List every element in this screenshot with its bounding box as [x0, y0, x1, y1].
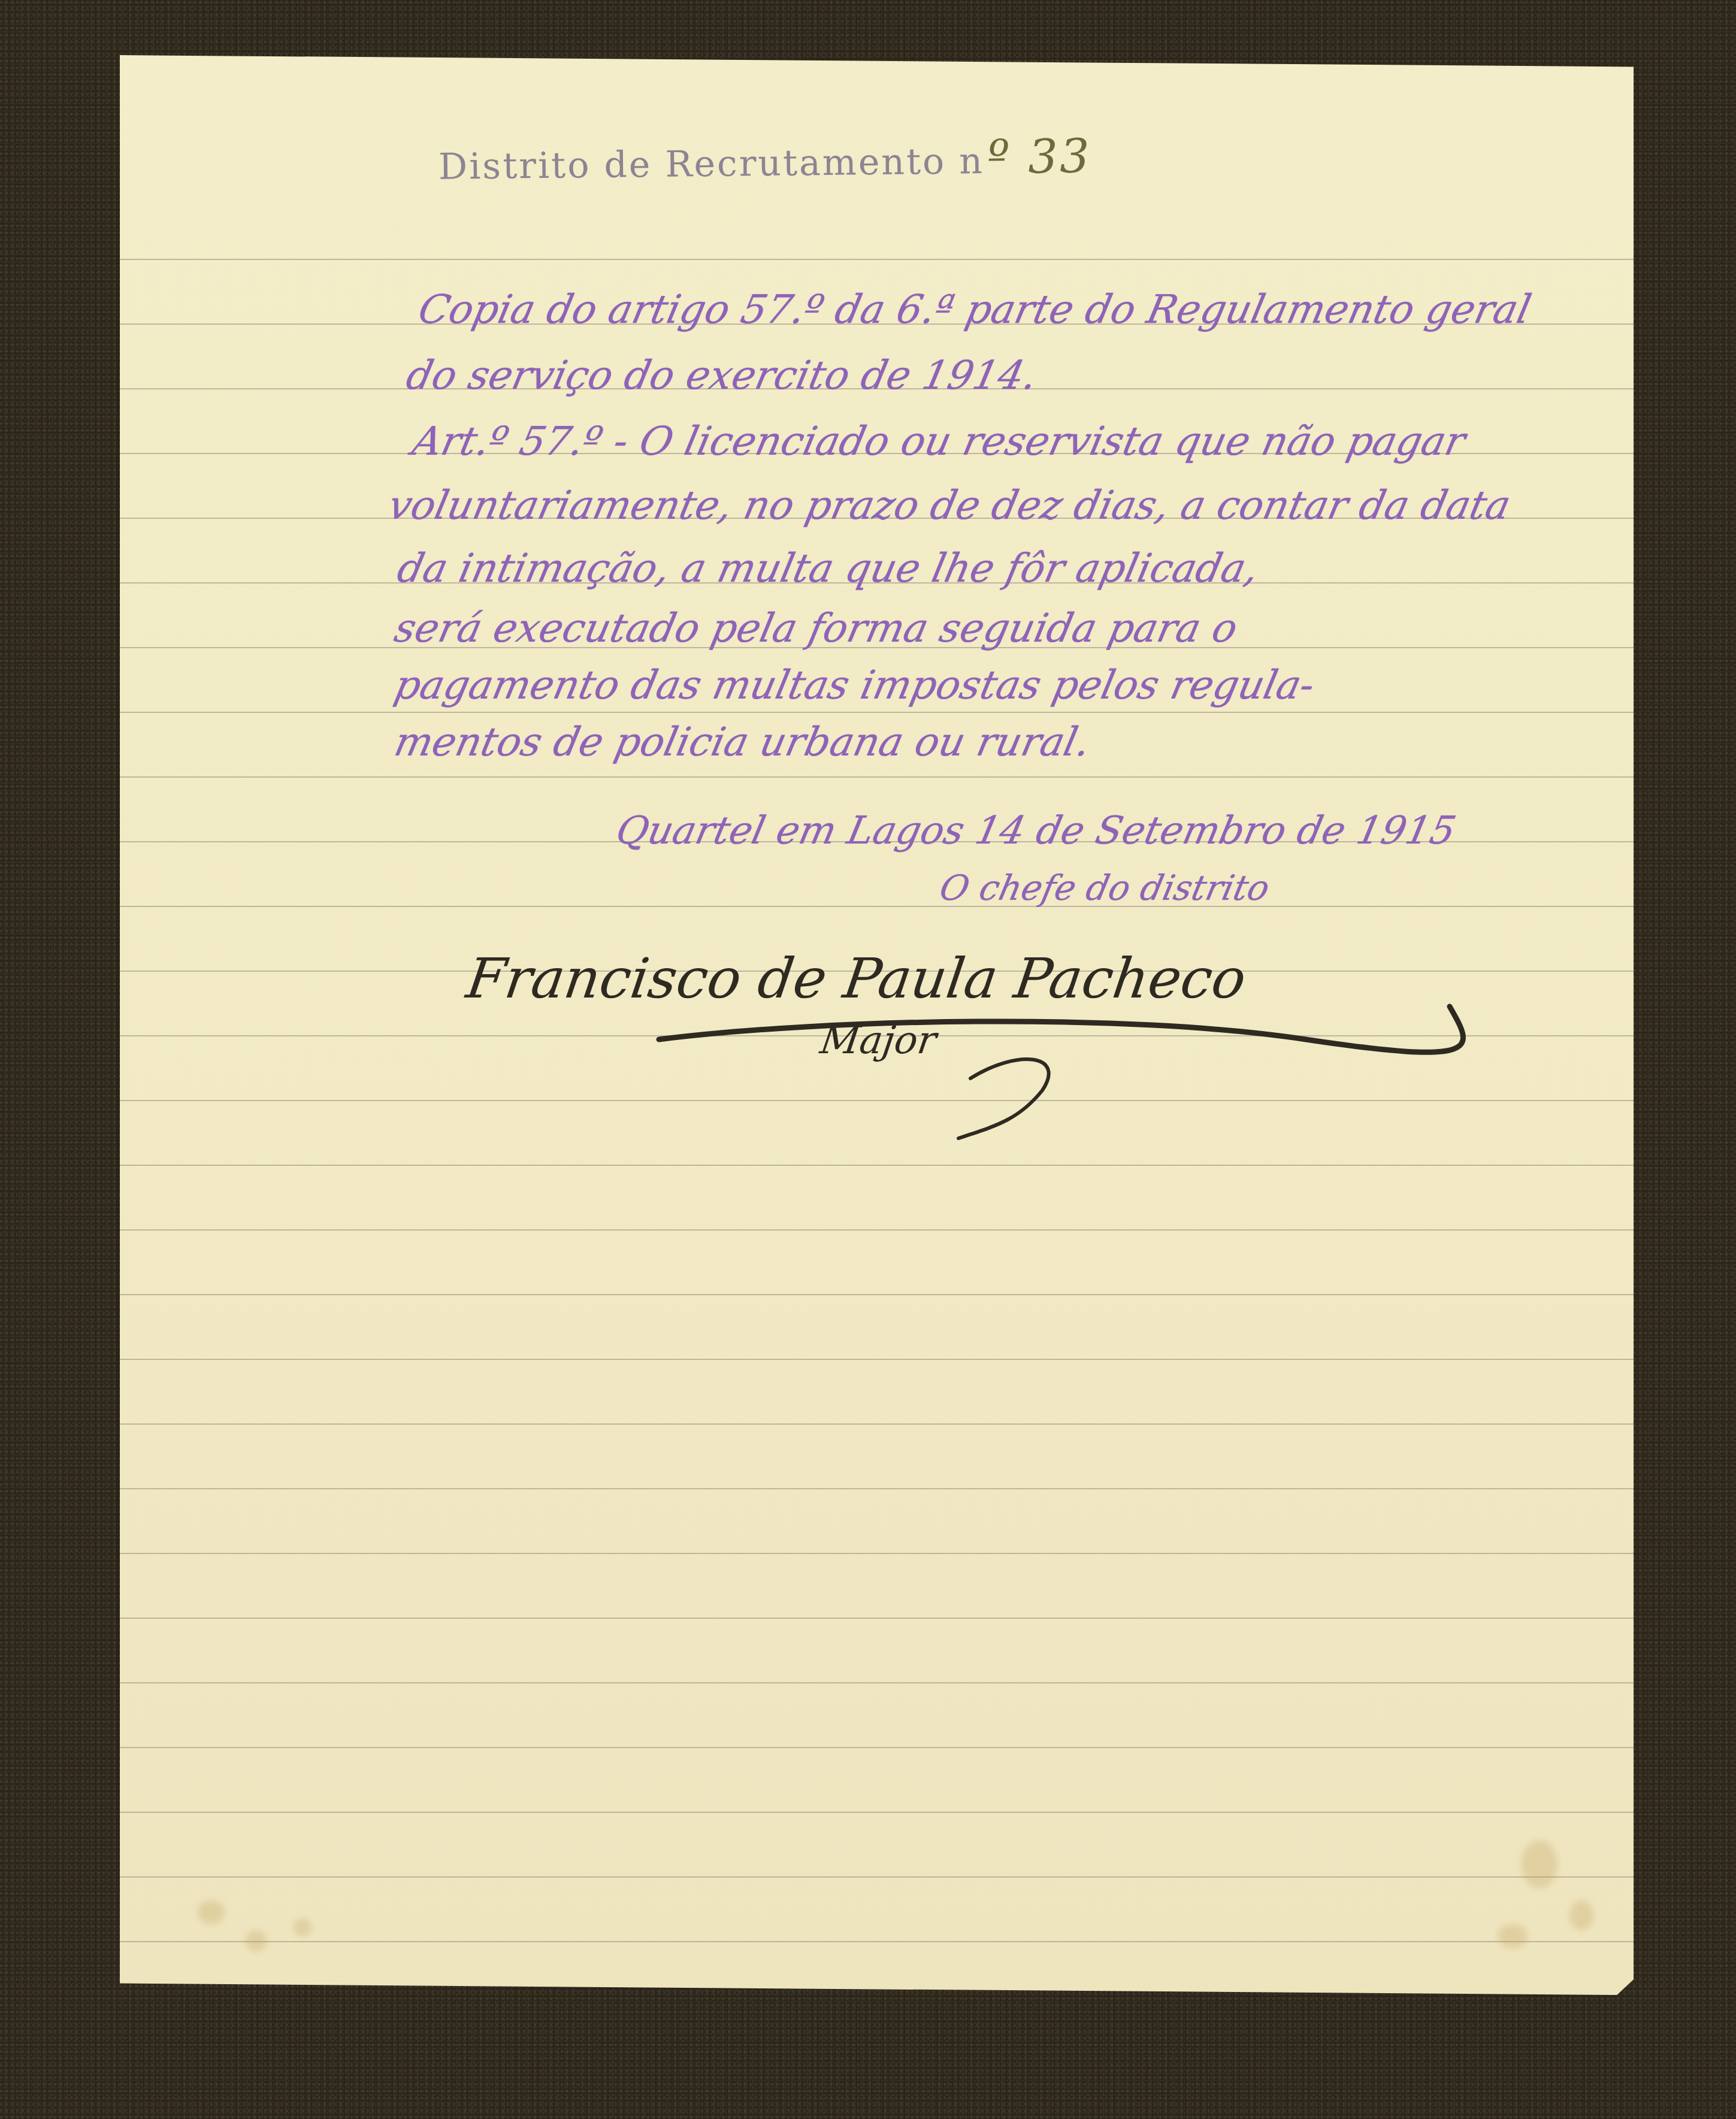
- foxing-stain: [198, 1900, 225, 1924]
- body-line-6: será executado pela forma seguida para o: [391, 605, 1242, 651]
- ruled-line: [120, 1423, 1634, 1425]
- foxing-stain: [246, 1930, 267, 1951]
- ruled-line: [120, 1682, 1634, 1683]
- header-handwritten-number: º 33: [987, 129, 1091, 185]
- ruled-line: [120, 1747, 1634, 1748]
- signature-flourish-icon: [647, 983, 1486, 1150]
- body-line-4: voluntariamente, no prazo de dez dias, a…: [385, 482, 1515, 528]
- foxing-stain: [1522, 1840, 1557, 1888]
- body-line-1: Copia do artigo 57.º da 6.ª parte do Reg…: [415, 286, 1535, 332]
- printed-header: Distrito de Recrutamento nº 33: [438, 129, 1091, 190]
- ruled-line: [120, 259, 1634, 260]
- ruled-line: [120, 1488, 1634, 1489]
- body-line-5: da intimação, a multa que lhe fôr aplica…: [394, 545, 1263, 591]
- ruled-line: [120, 1812, 1634, 1813]
- foxing-stain: [1569, 1900, 1593, 1930]
- ruled-line: [120, 1359, 1634, 1360]
- foxing-stain: [294, 1918, 311, 1936]
- place-date-line: Quartel em Lagos 14 de Setembro de 1915: [612, 809, 1459, 853]
- foxing-stain: [1498, 1924, 1528, 1948]
- header-printed-text: Distrito de Recrutamento n: [438, 140, 985, 188]
- ruled-line: [120, 1876, 1634, 1878]
- ruled-line: [120, 1165, 1634, 1166]
- ruled-line: [120, 1553, 1634, 1554]
- ruled-line: [120, 1941, 1634, 1942]
- ruled-line: [120, 1294, 1634, 1295]
- body-line-2: do serviço do exercito de 1914.: [403, 352, 1041, 398]
- ruled-line: [120, 1618, 1634, 1619]
- ruled-line: [120, 1229, 1634, 1231]
- body-line-7: pagamento das multas impostas pelos regu…: [391, 662, 1319, 708]
- ruled-line: [120, 712, 1634, 713]
- ruled-line: [120, 906, 1634, 907]
- body-line-8: mentos de policia urbana ou rural.: [391, 719, 1094, 765]
- ruled-line: [120, 776, 1634, 778]
- body-line-3: Art.º 57.º - O licenciado ou reservista …: [409, 418, 1469, 464]
- signatory-title: O chefe do distrito: [936, 867, 1274, 908]
